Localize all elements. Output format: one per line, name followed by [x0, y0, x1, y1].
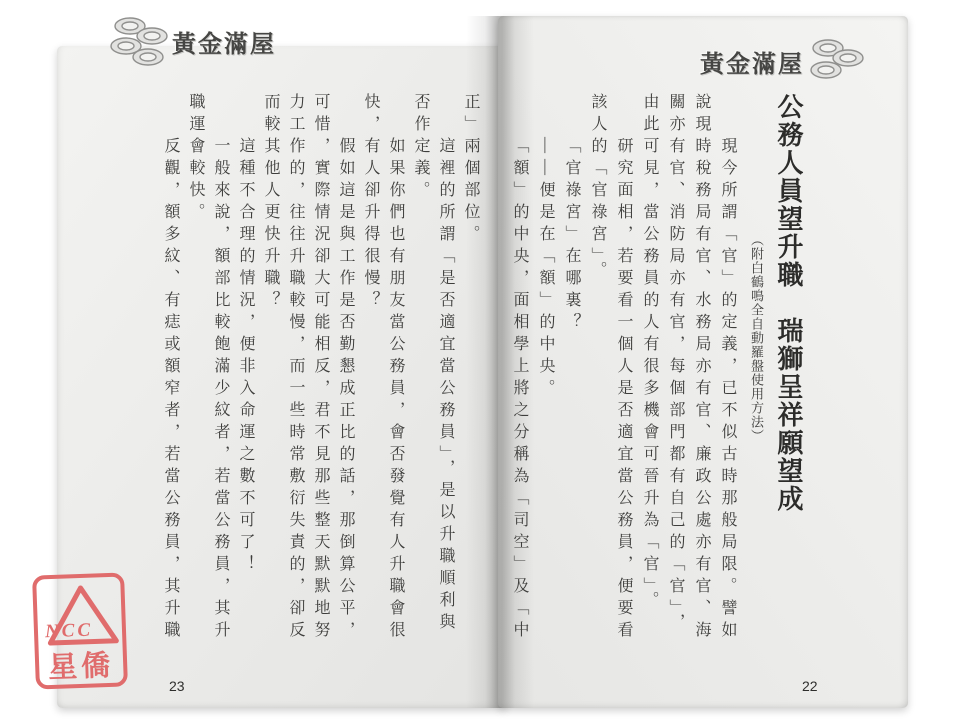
header-logo-right: 黃金滿屋 — [700, 36, 866, 86]
text-column: 反觀，額多紋、有痣或額窄者，若當公務員，其升職 — [158, 93, 183, 665]
page-title: 公務人員望升職 瑞獅呈祥願望成 — [770, 93, 806, 665]
text-column: 關亦有官、消防局亦有官，每個部門都有自己的「官」， — [662, 93, 688, 665]
text-column: 「官祿宮」在哪裏？ — [558, 93, 584, 665]
right-page-text: 公務人員望升職 瑞獅呈祥願望成 （附白鶴鳴全自動羅盤使用方法） 現今所謂「官」的… — [500, 93, 806, 665]
text-column: 這種不合理的情況，便非入命運之數不可了！ — [233, 93, 258, 665]
text-column: 該人的「官祿宮」。 — [584, 93, 610, 665]
text-column: 假如這是與工作是否勤懇成正比的話，那倒算公平， — [333, 93, 358, 665]
left-page-text: 正」兩個部位。這裡的所謂「是否適宜當公務員」，是以升職順利與否作定義。如果你們也… — [150, 93, 483, 665]
text-column: 職運會較快。 — [183, 93, 208, 665]
page-number-right: 22 — [802, 678, 818, 694]
text-column: 力工作的，往往升職較慢，而一些時常敷衍失責的，卻反 — [283, 93, 308, 665]
gold-ingots-icon — [804, 36, 866, 86]
book-photo: 黃金滿屋 黃金滿屋 公務人員望升職 瑞獅呈祥願望成 （附白鶴鳴全自動羅盤使用方法… — [0, 0, 960, 720]
text-column: 如果你們也有朋友當公務員，會否發覺有人升職會很 — [383, 93, 408, 665]
text-column: 研究面相，若要看一個人是否適宜當公務員，便要看 — [610, 93, 636, 665]
text-column: ——便是在「額」的中央。 — [532, 93, 558, 665]
logo-right-text: 黃金滿屋 — [700, 44, 804, 79]
text-column: 可惜，實際情況卻大可能相反，君不見那些整天默默地努 — [308, 93, 333, 665]
text-column: 這裡的所謂「是否適宜當公務員」，是以升職順利與 — [433, 93, 458, 665]
text-column: 現今所謂「官」的定義，已不似古時那般局限。譬如 — [714, 93, 740, 665]
ncc-stamp: NCC 星僑 — [32, 572, 128, 689]
stamp-ncc-text: NCC — [45, 620, 94, 644]
gold-ingots-icon — [110, 14, 172, 68]
page-number-left: 23 — [169, 678, 185, 694]
stamp-xingqiao-text: 星僑 — [38, 643, 123, 687]
text-column: 正」兩個部位。 — [458, 93, 483, 665]
text-column: 快，有人卻升得很慢？ — [358, 93, 383, 665]
logo-left-text: 黃金滿屋 — [172, 24, 276, 59]
text-column: 說現時稅務局有官、水務局亦有官、廉政公處亦有官、海 — [688, 93, 714, 665]
text-column: 否作定義。 — [408, 93, 433, 665]
text-column: 由此可見，當公務員的人有很多機會可晉升為「官」。 — [636, 93, 662, 665]
text-column: 而較其他人更快升職？ — [258, 93, 283, 665]
text-column: 「額」的中央，面相學上將之分稱為「司空」及「中 — [506, 93, 532, 665]
text-column: 一般來說，額部比較飽滿少紋者，若當公務員，其升 — [208, 93, 233, 665]
page-subtitle: （附白鶴鳴全自動羅盤使用方法） — [742, 93, 770, 665]
header-logo-left: 黃金滿屋 — [110, 14, 276, 68]
